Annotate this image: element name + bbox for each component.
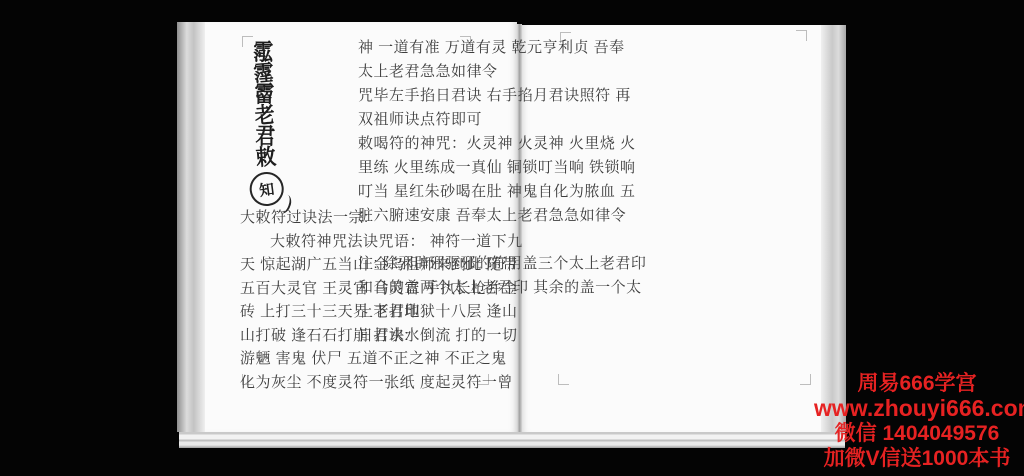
- margin-mark-icon: [796, 30, 807, 41]
- watermark-title: 周易666学宫: [814, 371, 1020, 396]
- text-line: 日君诀:: [358, 324, 638, 348]
- text-line: 注: 除邪辟邪驱邪的符用盖三个太上老君印: [358, 252, 638, 276]
- text-line: 和合的盖两个太上老君印 其余的盖一个太: [358, 276, 638, 300]
- book-spread: 霐 霪 霤 老 君 敕 知 大敕符过诀法一宗: 大敕符神咒法诀咒语： 神符一道下…: [177, 22, 846, 448]
- text-line: 脏六腑速安康 吾奉太上老君急急如律令: [358, 204, 638, 228]
- talisman-glyph: 敕: [255, 145, 277, 170]
- text-line: 太上老君急急如律令: [358, 60, 638, 84]
- text-line: 敕喝符的神咒：火灵神 火灵神 火里烧 火: [358, 132, 638, 156]
- watermark-overlay: 周易666学宫 www.zhouyi666.com 微信 1404049576 …: [814, 371, 1020, 471]
- text-line: 双祖师诀点符即可: [358, 108, 638, 132]
- text-line-blank: [358, 228, 638, 252]
- text-line: 叮当 星红朱砂喝在肚 神鬼自化为脓血 五: [358, 180, 638, 204]
- text-line: 咒毕左手掐日君诀 右手掐月君诀照符 再: [358, 84, 638, 108]
- text-line: 化为灰尘 不度灵符一张纸 度起灵符一曾: [240, 371, 508, 395]
- margin-mark-icon: [558, 374, 569, 385]
- right-page-text: 神 一道有准 万道有灵 乾元亨利贞 吾奉 太上老君急急如律令 咒毕左手掐日君诀 …: [358, 36, 638, 348]
- watermark-wechat-id: 微信 1404049576: [814, 421, 1020, 446]
- page-stack-left-edge: [177, 22, 205, 432]
- watermark-url: www.zhouyi666.com: [814, 396, 1020, 421]
- page-stack-bottom-edge: [179, 432, 845, 448]
- watermark-promo: 加微V信送1000本书: [814, 446, 1020, 471]
- talisman-calligraphy-icon: 霐 霪 霤 老 君 敕 知: [236, 41, 294, 206]
- text-line: 里练 火里练成一真仙 铜锁叮当响 铁锁响: [358, 156, 638, 180]
- text-line: 游魉 害鬼 伏尸 五道不正之神 不正之鬼: [240, 347, 508, 371]
- text-line: 神 一道有准 万道有灵 乾元亨利贞 吾奉: [358, 36, 638, 60]
- text-line: 上老君印: [358, 300, 638, 324]
- margin-mark-icon: [800, 374, 811, 385]
- talisman-seal-circle-icon: 知: [248, 170, 286, 208]
